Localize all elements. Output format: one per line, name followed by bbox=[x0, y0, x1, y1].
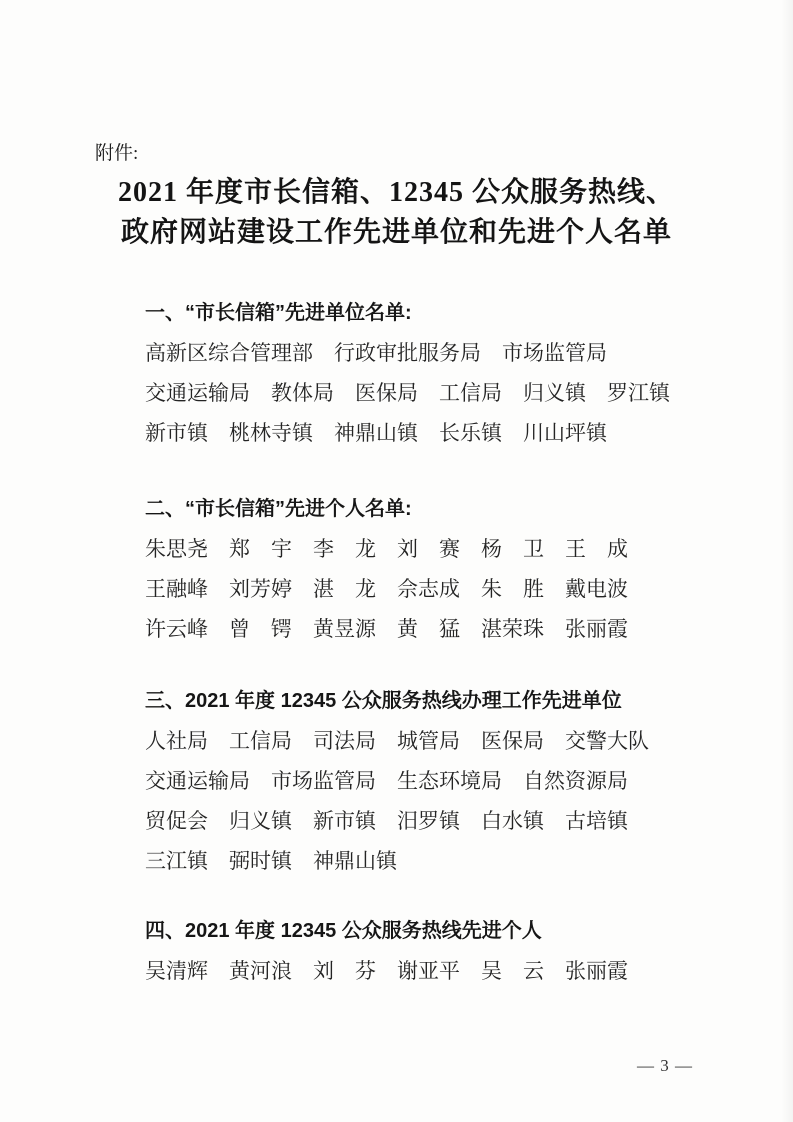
name-list-line: 三江镇 弼时镇 神鼎山镇 bbox=[145, 841, 713, 881]
name-list-line: 吴清辉 黄河浪 刘 芬 谢亚平 吴 云 张丽霞 bbox=[145, 951, 713, 991]
section-heading: 一、“市长信箱”先进单位名单: bbox=[145, 300, 713, 326]
section-mayor-mailbox-advanced-individuals: 二、“市长信箱”先进个人名单: 朱思尧 郑 宇 李 龙 刘 赛 杨 卫 王 成 … bbox=[145, 496, 713, 649]
name-list-line: 交通运输局 教体局 医保局 工信局 归义镇 罗江镇 bbox=[145, 373, 713, 413]
section-heading: 二、“市长信箱”先进个人名单: bbox=[145, 496, 713, 522]
name-list-line: 新市镇 桃林寺镇 神鼎山镇 长乐镇 川山坪镇 bbox=[145, 413, 713, 453]
scanned-document-page: 附件: 2021 年度市长信箱、12345 公众服务热线、 政府网站建设工作先进… bbox=[0, 0, 793, 1122]
name-list: 人社局 工信局 司法局 城管局 医保局 交警大队 交通运输局 市场监管局 生态环… bbox=[145, 721, 713, 881]
name-list-line: 高新区综合管理部 行政审批服务局 市场监管局 bbox=[145, 333, 713, 373]
section-heading: 四、2021 年度 12345 公众服务热线先进个人 bbox=[145, 918, 713, 944]
name-list-line: 朱思尧 郑 宇 李 龙 刘 赛 杨 卫 王 成 bbox=[145, 529, 713, 569]
document-title: 2021 年度市长信箱、12345 公众服务热线、 政府网站建设工作先进单位和先… bbox=[0, 173, 793, 253]
name-list: 朱思尧 郑 宇 李 龙 刘 赛 杨 卫 王 成 王融峰 刘芳婷 湛 龙 佘志成 … bbox=[145, 529, 713, 649]
page-number: — 3 — bbox=[637, 1056, 693, 1076]
section-mayor-mailbox-advanced-units: 一、“市长信箱”先进单位名单: 高新区综合管理部 行政审批服务局 市场监管局 交… bbox=[145, 300, 713, 453]
name-list: 吴清辉 黄河浪 刘 芬 谢亚平 吴 云 张丽霞 bbox=[145, 951, 713, 991]
attachment-label: 附件: bbox=[95, 142, 138, 166]
scan-edge-artifact bbox=[781, 0, 793, 1122]
section-hotline-advanced-units: 三、2021 年度 12345 公众服务热线办理工作先进单位 人社局 工信局 司… bbox=[145, 688, 713, 881]
name-list: 高新区综合管理部 行政审批服务局 市场监管局 交通运输局 教体局 医保局 工信局… bbox=[145, 333, 713, 453]
name-list-line: 人社局 工信局 司法局 城管局 医保局 交警大队 bbox=[145, 721, 713, 761]
name-list-line: 许云峰 曾 锷 黄昱源 黄 猛 湛荣珠 张丽霞 bbox=[145, 609, 713, 649]
document-title-line-1: 2021 年度市长信箱、12345 公众服务热线、 bbox=[0, 173, 793, 213]
document-title-line-2: 政府网站建设工作先进单位和先进个人名单 bbox=[0, 213, 793, 253]
section-hotline-advanced-individuals: 四、2021 年度 12345 公众服务热线先进个人 吴清辉 黄河浪 刘 芬 谢… bbox=[145, 918, 713, 991]
name-list-line: 贸促会 归义镇 新市镇 汨罗镇 白水镇 古培镇 bbox=[145, 801, 713, 841]
name-list-line: 交通运输局 市场监管局 生态环境局 自然资源局 bbox=[145, 761, 713, 801]
name-list-line: 王融峰 刘芳婷 湛 龙 佘志成 朱 胜 戴电波 bbox=[145, 569, 713, 609]
section-heading: 三、2021 年度 12345 公众服务热线办理工作先进单位 bbox=[145, 688, 713, 714]
